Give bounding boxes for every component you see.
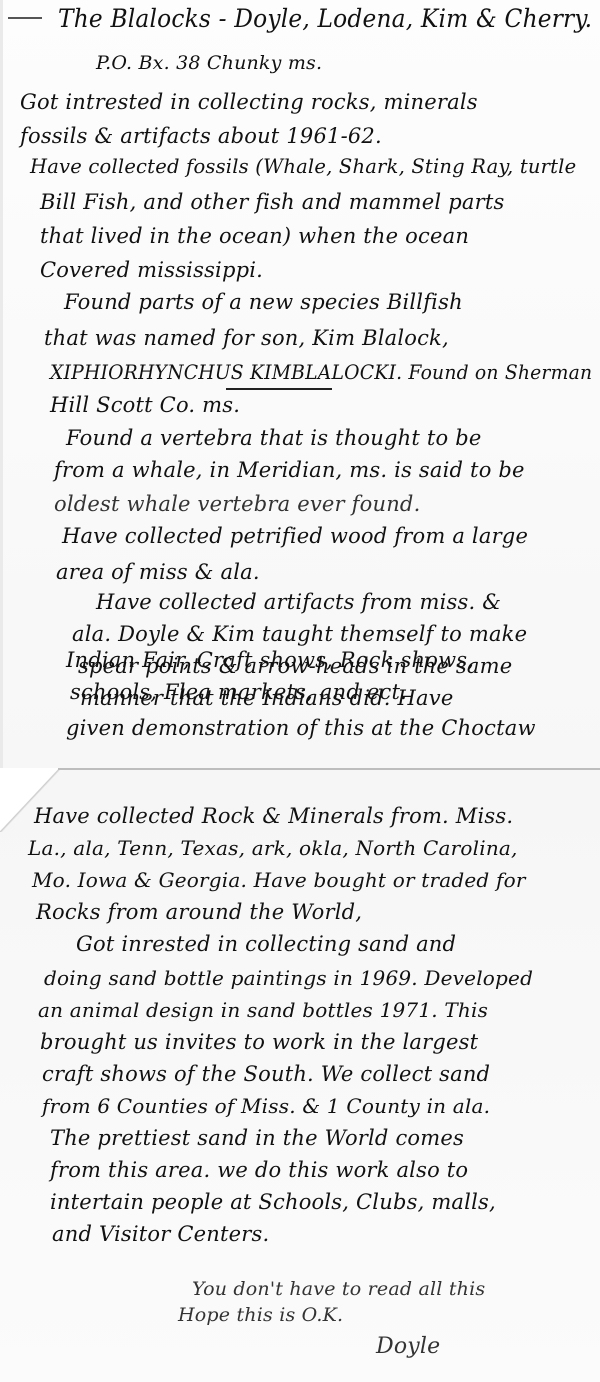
text-line: Rocks from around the World, (36, 900, 362, 924)
text-line: that was named for son, Kim Blalock, (44, 326, 449, 350)
text-line: Covered mississippi. (40, 258, 263, 282)
text-line: Mo. Iowa & Georgia. Have bought or trade… (32, 868, 526, 892)
text-line: Have collected artifacts from miss. & (96, 590, 501, 614)
text-line: brought us invites to work in the larges… (40, 1030, 478, 1054)
text-line: from a whale, in Meridian, ms. is said t… (54, 458, 525, 482)
text-line: doing sand bottle paintings in 1969. Dev… (44, 966, 533, 990)
letter-heading: The Blalocks - Doyle, Lodena, Kim & Cher… (58, 4, 592, 33)
text-line: Found a vertebra that is thought to be (66, 426, 482, 450)
page-top-edge (58, 768, 600, 770)
postscript-line: You don't have to read all this (192, 1278, 485, 1300)
species-line: XIPHIORHYNCHUS KIMBLALOCKI. Found on She… (50, 360, 592, 384)
text-line: from this area. we do this work also to (50, 1158, 468, 1182)
text-line: oldest whale vertebra ever found. (54, 492, 420, 516)
text-line: Have collected petrified wood from a lar… (62, 524, 528, 548)
postscript-line: Hope this is O.K. (178, 1304, 343, 1326)
text-line: that lived in the ocean) when the ocean (40, 224, 469, 248)
text-line: Have collected Rock & Minerals from. Mis… (34, 804, 513, 828)
letter-page-2: Have collected Rock & Minerals from. Mis… (0, 768, 600, 1382)
text-line: an animal design in sand bottles 1971. T… (38, 998, 488, 1022)
text-line: La., ala, Tenn, Texas, ark, okla, North … (28, 836, 518, 860)
text-line: Got inrested in collecting sand and (76, 932, 456, 956)
text-line: Found parts of a new species Billfish (64, 290, 463, 314)
text-line: Got intrested in collecting rocks, miner… (20, 90, 478, 114)
text-line: The prettiest sand in the World comes (50, 1126, 464, 1150)
text-line: Have collected fossils (Whale, Shark, St… (30, 155, 576, 178)
text-line: given demonstration of this at the Choct… (66, 716, 536, 740)
signature: Doyle (376, 1334, 440, 1359)
text-line: area of miss & ala. (56, 560, 260, 584)
species-name-text: XIPHIORHYNCHUS KIMBLALOCKI. Found on She… (50, 360, 592, 384)
text-line: Indian Fair, Craft shows, Rock shows, (66, 648, 474, 672)
text-line: fossils & artifacts about 1961-62. (20, 124, 382, 148)
text-line: craft shows of the South. We collect san… (42, 1062, 490, 1086)
margin-dash-mark (8, 17, 42, 19)
return-address: P.O. Bx. 38 Chunky ms. (96, 52, 322, 74)
text-line: from 6 Counties of Miss. & 1 County in a… (42, 1094, 490, 1118)
text-line: ala. Doyle & Kim taught themself to make (72, 622, 527, 646)
text-line: intertain people at Schools, Clubs, mall… (50, 1190, 496, 1214)
text-line: schools, Flea markets, and ect. (70, 680, 407, 704)
text-line: Bill Fish, and other fish and mammel par… (40, 190, 504, 214)
species-underline (226, 388, 332, 390)
text-line: Hill Scott Co. ms. (50, 393, 240, 417)
page-edge (0, 0, 3, 770)
text-line: and Visitor Centers. (52, 1222, 269, 1246)
